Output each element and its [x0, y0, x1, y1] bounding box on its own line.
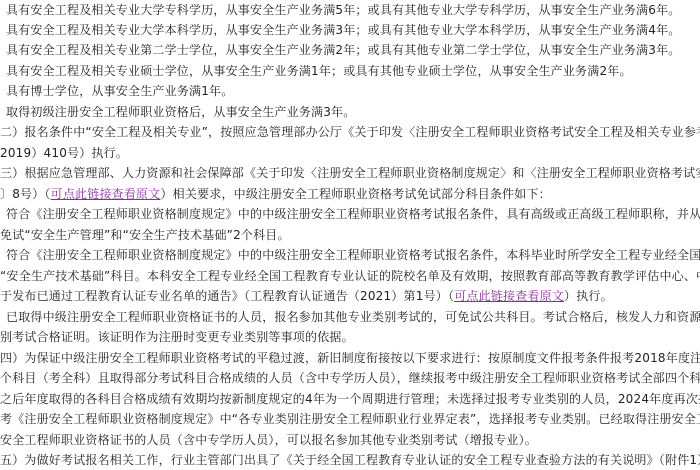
text-prefix: 〕8号）（: [0, 187, 51, 201]
text-line: 具有安全工程及相关专业大学专科学历，从事安全生产业务满5年；或具有其他专业大学专…: [6, 0, 680, 20]
text-line: 考《注册安全工程师职业资格制度规定》中“各专业类别注册安全工程师职业行业界定表”…: [0, 409, 700, 429]
section-heading-2: 二）报名条件中“安全工程及相关专业”，按照应急管理部办公厅《关于印发〈注册安全工…: [0, 122, 700, 142]
text-line: 具有安全工程及相关专业第二学士学位，从事安全生产业务满2年；或具有其他专业第二学…: [6, 40, 680, 60]
text-line: 个科目（考全科）且取得部分考试科目合格成绩的人员（含中专学历人员），继续报考中级…: [0, 368, 700, 388]
text-suffix: ）相关要求，中级注册安全工程师职业资格考试免试部分科目条件如下：: [160, 187, 550, 201]
text-suffix: ）执行。: [564, 289, 613, 303]
text-prefix: 于发布已通过工程教育认证专业名单的通告》（工程教育认证通告（2021）第1号）（: [0, 289, 454, 303]
text-line: 别考试合格证明。该证明作为注册时变更专业类别等事项的依据。: [0, 327, 354, 347]
text-line: 2019）410号）执行。: [0, 143, 128, 163]
section-heading-5: 五）为做好考试报名相关工作，行业主管部门出具了《关于经全国工程教育专业认证的安全…: [0, 450, 700, 470]
text-line: 免试“安全生产管理”和“安全生产技术基础”2个科目。: [0, 225, 290, 245]
text-line-with-link: 〕8号）（可点此链接查看原文）相关要求，中级注册安全工程师职业资格考试免试部分科…: [0, 184, 551, 204]
text-line: “安全生产技术基础”科目。本科安全工程专业经全国工程教育专业认证的院校名单及有效…: [0, 266, 700, 286]
text-line: 具有安全工程及相关专业硕士学位，从事安全生产业务满1年；或具有其他专业硕士学位，…: [6, 61, 632, 81]
text-line: 之后年度取得的各科目合格成绩有效期均按新制度规定的4年为一个周期进行管理；未选择…: [0, 389, 700, 409]
text-line: 符合《注册安全工程师职业资格制度规定》中的中级注册安全工程师职业资格考试报名条件…: [6, 245, 700, 265]
view-original-link[interactable]: 可点此链接查看原文: [454, 289, 564, 303]
text-line: 已取得中级注册安全工程师职业资格证书的人员，报名参加其他专业类别考试的，可免试公…: [6, 307, 700, 327]
text-line: 具有安全工程及相关专业大学本科学历，从事安全生产业务满3年；或具有其他专业大学本…: [6, 20, 680, 40]
text-line: 安全工程师职业资格证书的人员（含中专学历人员），可以报名参加其他专业类别考试（增…: [0, 430, 537, 450]
section-heading-3: 三）根据应急管理部、人力资源和社会保障部《关于印发〈注册安全工程师职业资格制度规…: [0, 163, 700, 183]
text-line-with-link: 于发布已通过工程教育认证专业名单的通告》（工程教育认证通告（2021）第1号）（…: [0, 286, 613, 306]
view-original-link[interactable]: 可点此链接查看原文: [51, 187, 161, 201]
section-heading-4: 四）为保证中级注册安全工程师职业资格考试的平稳过渡，新旧制度衔接按以下要求进行：…: [0, 348, 700, 368]
text-line: 具有博士学位，从事安全生产业务满1年。: [6, 81, 233, 101]
text-line: 取得初级注册安全工程师职业资格后，从事安全生产业务满3年。: [6, 102, 355, 122]
text-line: 符合《注册安全工程师职业资格制度规定》中的中级注册安全工程师职业资格考试报名条件…: [6, 204, 700, 224]
